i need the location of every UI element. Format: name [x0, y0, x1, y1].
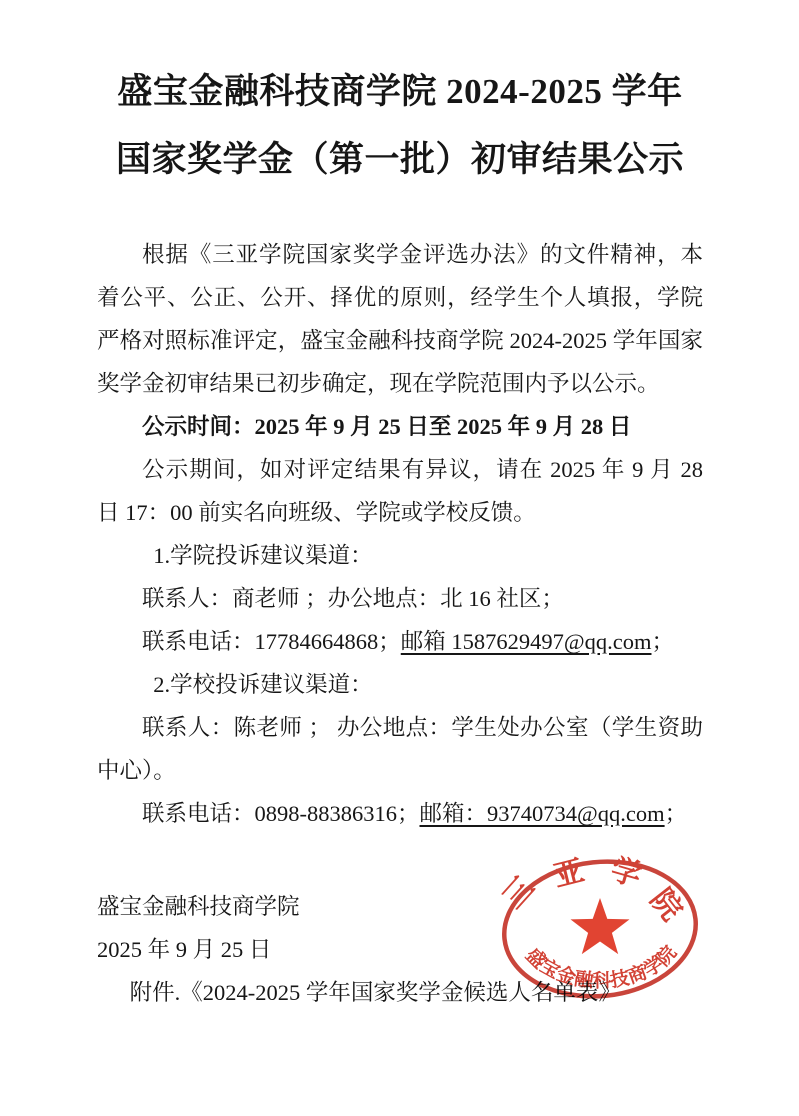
channel1-contact-line: 联系人：商老师 ；办公地点：北 16 社区； [97, 577, 703, 620]
channel1-phone-line: 联系电话：17784664868；邮箱 1587629497@qq.com； [97, 620, 703, 663]
channel1-heading: 1.学院投诉建议渠道： [97, 534, 703, 577]
signature-date: 2025 年 9 月 25 日 [97, 928, 703, 971]
channel2-contact-line: 联系人：陈老师 ； 办公地点：学生处办公室（学生资助中心）。 [97, 706, 703, 792]
channel2-phone-line: 联系电话：0898-88386316；邮箱：93740734@qq.com； [97, 792, 703, 835]
document-title: 盛宝金融科技商学院 2024-2025 学年 国家奖学金（第一批）初审结果公示 [97, 58, 703, 194]
channel1-phone-text: 联系电话：17784664868； [142, 629, 401, 654]
document-body: 盛宝金融科技商学院 2024-2025 学年 国家奖学金（第一批）初审结果公示 … [97, 58, 703, 1014]
intro-paragraph: 根据《三亚学院国家奖学金评选办法》的文件精神，本着公平、公正、公开、择优的原则，… [97, 233, 703, 405]
school-email-link[interactable]: 邮箱：93740734@qq.com [420, 801, 665, 826]
title-line-1: 盛宝金融科技商学院 2024-2025 学年 [97, 58, 703, 126]
channel2-line-suffix: ； [665, 801, 688, 826]
attachment-line: 附件.《2024-2025 学年国家奖学金候选人名单表》 [97, 971, 703, 1014]
college-email-link[interactable]: 邮箱 1587629497@qq.com [401, 629, 652, 654]
channel1-line-suffix: ； [651, 629, 674, 654]
channel2-phone-text: 联系电话：0898-88386316； [142, 801, 420, 826]
signature-organization: 盛宝金融科技商学院 [97, 885, 703, 928]
document-page: 盛宝金融科技商学院 2024-2025 学年 国家奖学金（第一批）初审结果公示 … [0, 0, 799, 1116]
objection-paragraph: 公示期间，如对评定结果有异议，请在 2025 年 9 月 28 日 17：00 … [97, 448, 703, 534]
title-line-2: 国家奖学金（第一批）初审结果公示 [97, 126, 703, 194]
publicity-period-line: 公示时间：2025 年 9 月 25 日至 2025 年 9 月 28 日 [97, 405, 703, 448]
channel2-heading: 2.学校投诉建议渠道： [97, 663, 703, 706]
